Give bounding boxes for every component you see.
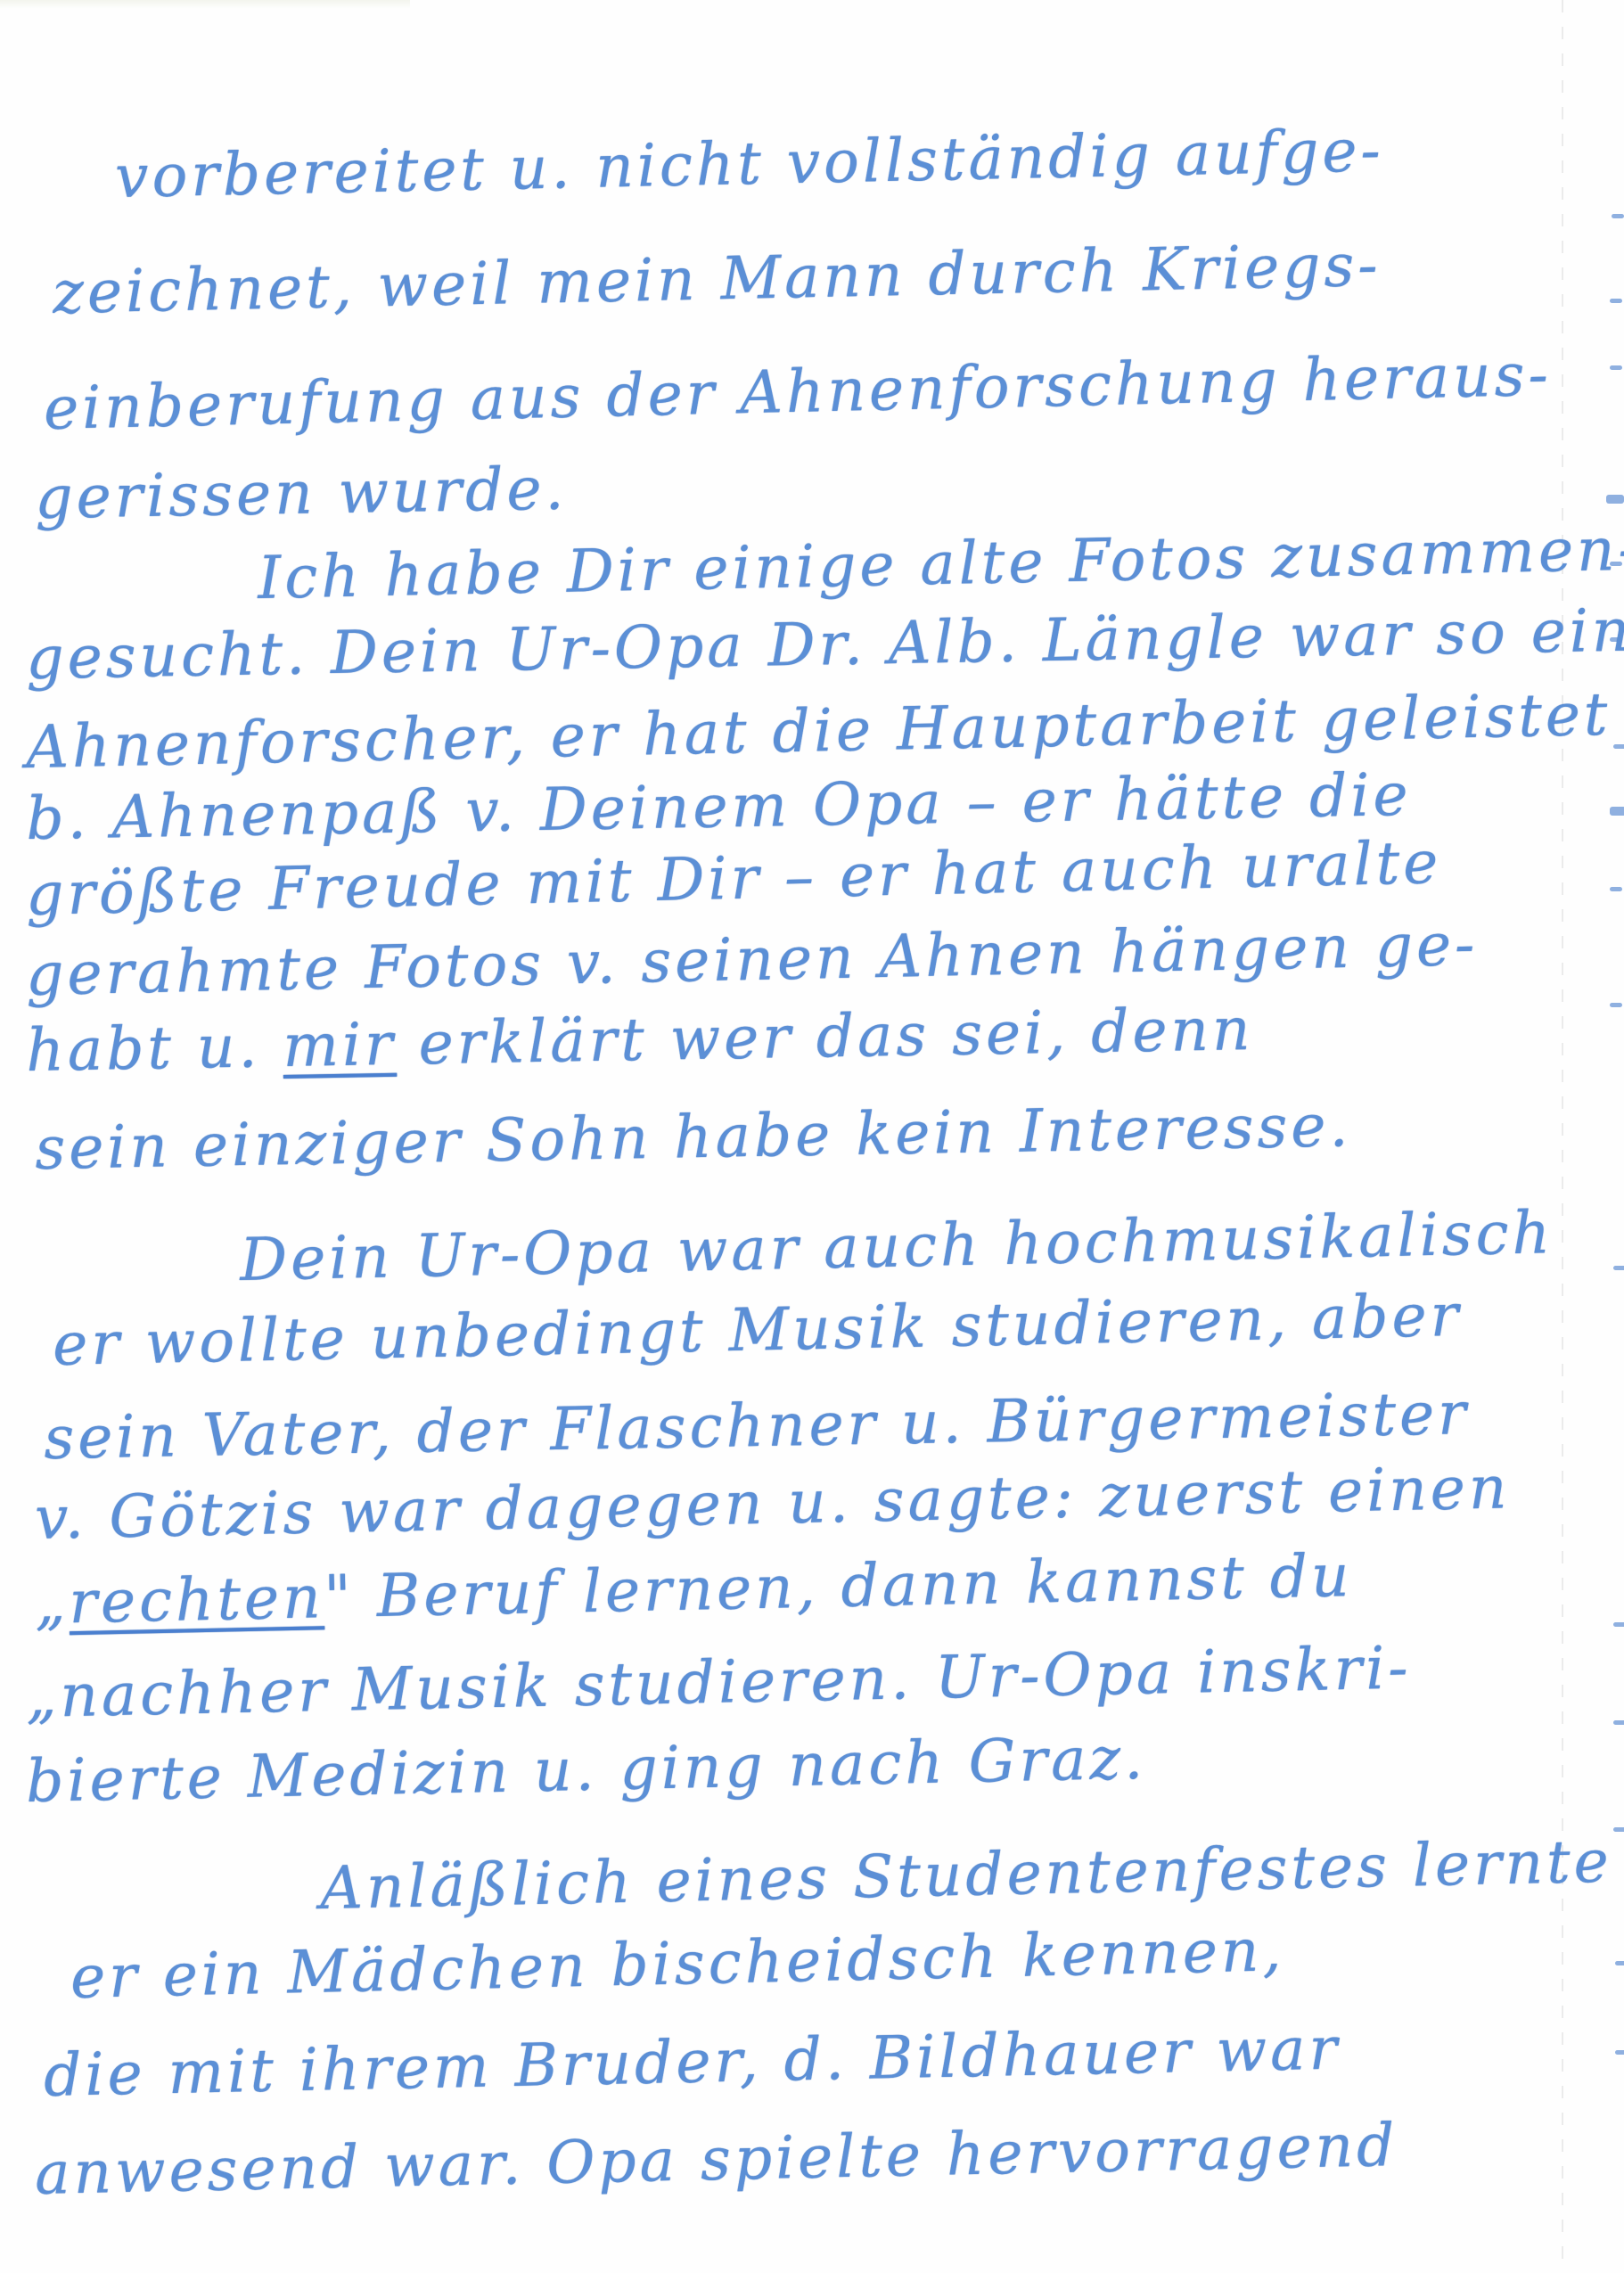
adjacent-page-ink-mark bbox=[1613, 1266, 1624, 1270]
handwritten-line: er ein Mädchen bischeidsch kennen, bbox=[70, 1916, 1285, 2012]
line-text: habt u. bbox=[26, 1012, 283, 1085]
handwritten-line: vorbereitet u. nicht vollständig aufge- bbox=[114, 116, 1384, 211]
handwritten-line: habt u. mir erklärt wer das sei, denn bbox=[26, 995, 1254, 1085]
handwritten-line: er wollte unbedingt Musik studieren, abe… bbox=[52, 1281, 1462, 1379]
adjacent-page-ink-mark bbox=[1610, 807, 1624, 816]
line-text: " Beruf lernen, dann kannst du bbox=[324, 1541, 1354, 1631]
adjacent-page-ink-mark bbox=[1613, 1720, 1624, 1725]
handwritten-line: gerissen wurde. bbox=[35, 455, 568, 532]
handwritten-line: einberufung aus der Ahnenforschung herau… bbox=[43, 341, 1552, 443]
handwritten-line: „nachher Musik studieren. Ur-Opa inskri- bbox=[25, 1633, 1412, 1731]
adjacent-page-ink-mark bbox=[1615, 2050, 1624, 2055]
handwritten-line: zeichnet, weil mein Mann durch Kriegs- bbox=[52, 231, 1382, 327]
handwritten-line: die mit ihrem Bruder, d. Bildhauer war bbox=[43, 2015, 1341, 2110]
line-text: „ bbox=[34, 1568, 70, 1637]
handwritten-line: Ich habe Dir einige alte Fotos zusammen- bbox=[257, 514, 1624, 612]
handwritten-line: gerahmte Fotos v. seinen Ahnen hängen ge… bbox=[25, 910, 1479, 1009]
adjacent-page-ink-mark bbox=[1610, 299, 1622, 303]
line-text: erklärt wer das sei, denn bbox=[396, 995, 1254, 1079]
adjacent-page-ink-mark bbox=[1612, 214, 1624, 218]
adjacent-page-ink-mark bbox=[1613, 744, 1624, 749]
handwritten-line: „rechten" Beruf lernen, dann kannst du bbox=[34, 1541, 1353, 1637]
handwritten-line: Dein Ur-Opa war auch hochmusikalisch bbox=[239, 1198, 1554, 1294]
letter-page: vorbereitet u. nicht vollständig aufge- … bbox=[0, 0, 1624, 2273]
adjacent-page-ink-mark bbox=[1606, 495, 1624, 504]
underlined-word: rechten bbox=[69, 1563, 325, 1637]
adjacent-page-ink-mark bbox=[1610, 1003, 1622, 1007]
adjacent-page-ink-mark bbox=[1613, 1622, 1624, 1627]
adjacent-page-ink-mark bbox=[1613, 1827, 1624, 1832]
handwritten-line: anwesend war. Opa spielte hervorragend bbox=[34, 2111, 1398, 2208]
underlined-word: mir bbox=[283, 1010, 398, 1080]
handwritten-line: sein einziger Sohn habe kein Interesse. bbox=[35, 1091, 1352, 1183]
page-edge-fold-line bbox=[1562, 0, 1563, 2273]
handwritten-line: Anläßlich eines Studentenfestes lernte bbox=[319, 1827, 1612, 1923]
scan-top-edge bbox=[0, 0, 410, 9]
adjacent-page-ink-mark bbox=[1610, 365, 1622, 370]
adjacent-page-ink-mark bbox=[1610, 887, 1622, 891]
adjacent-page-ink-mark bbox=[1615, 1961, 1624, 1965]
handwritten-line: bierte Medizin u. ging nach Graz. bbox=[25, 1724, 1146, 1816]
